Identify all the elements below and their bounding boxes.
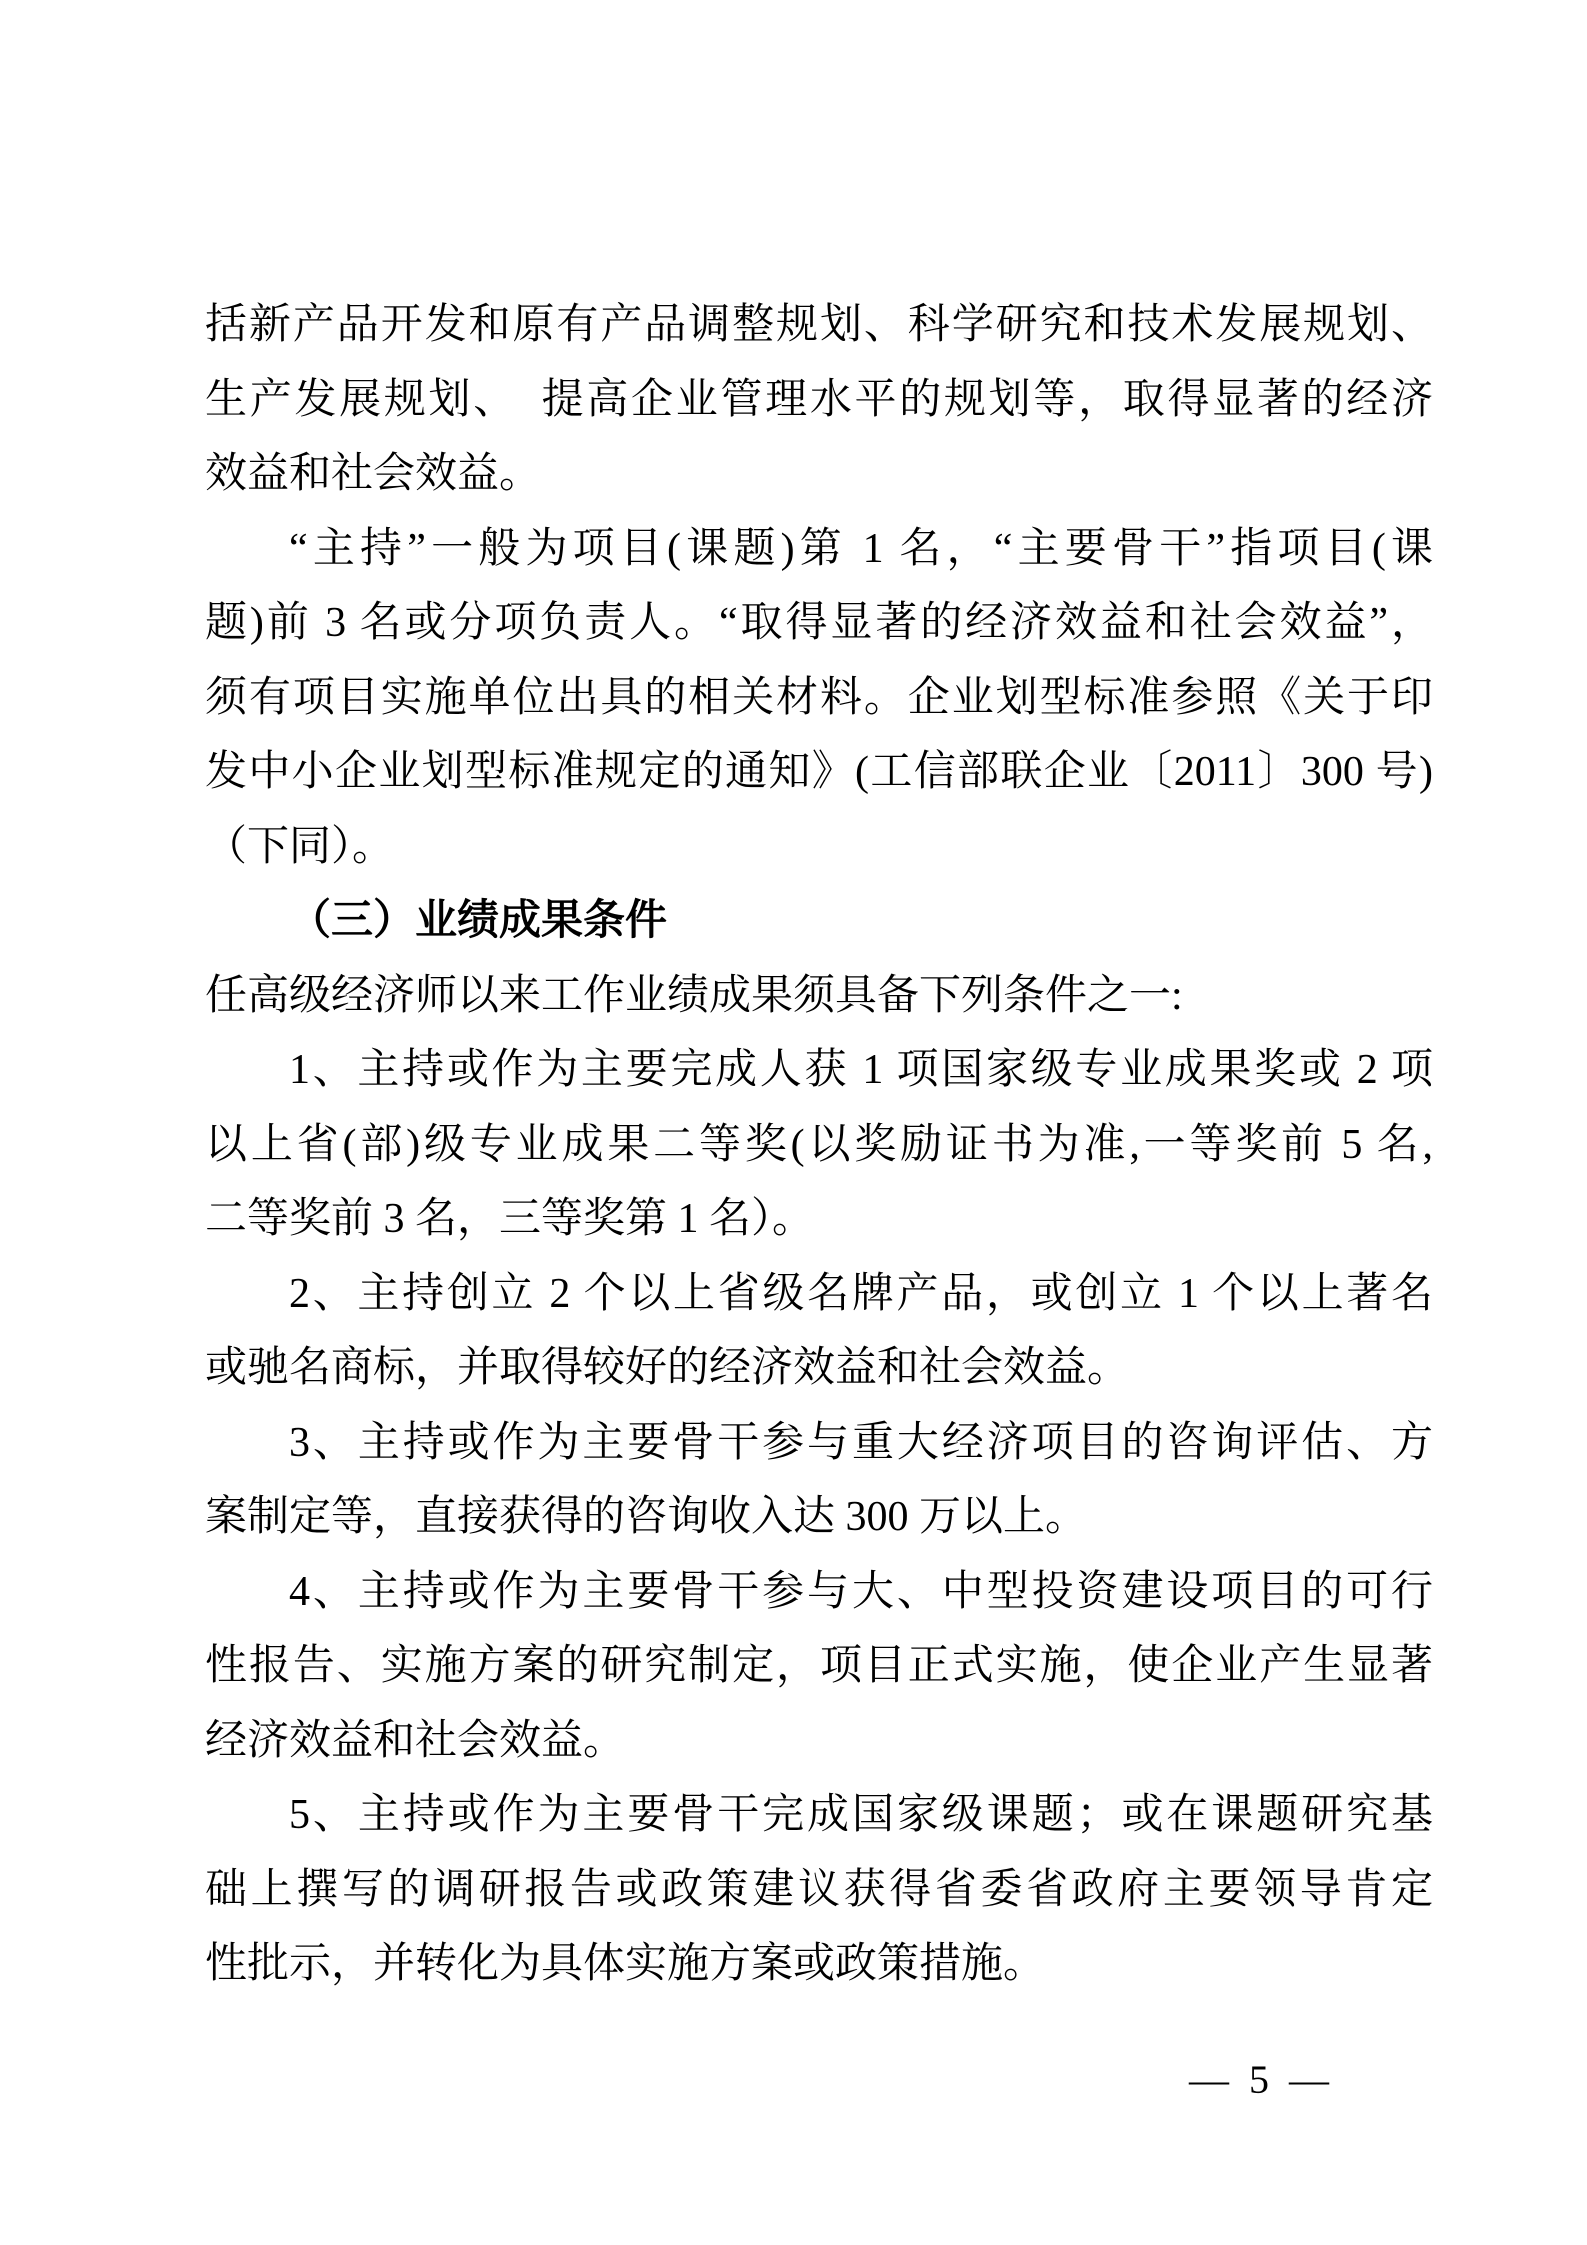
text-line: 性报告、实施方案的研究制定，项目正式实施，使企业产生显著: [205, 1629, 1433, 1704]
text-line: 案制定等，直接获得的咨询收入达 300 万以上。: [205, 1480, 1433, 1555]
list-item-2: 2、主持创立 2 个以上省级名牌产品，或创立 1 个以上著名: [205, 1257, 1433, 1332]
text-line: 效益和社会效益。: [205, 437, 1433, 512]
text-line: 生产发展规划、 提高企业管理水平的规划等，取得显著的经济: [205, 363, 1433, 438]
page-number: — 5 —: [1189, 2060, 1334, 2100]
list-item-1: 1、主持或作为主要完成人获 1 项国家级专业成果奖或 2 项: [205, 1033, 1433, 1108]
text-line: 发中小企业划型标准规定的通知》(工信部联企业〔2011〕300 号): [205, 735, 1433, 810]
text-line: 或驰名商标，并取得较好的经济效益和社会效益。: [205, 1331, 1433, 1406]
text-line: 二等奖前 3 名，三等奖第 1 名）。: [205, 1182, 1433, 1257]
text-line: 须有项目实施单位出具的相关材料。企业划型标准参照《关于印: [205, 661, 1433, 736]
list-item-4: 4、主持或作为主要骨干参与大、中型投资建设项目的可行: [205, 1555, 1433, 1630]
section-heading: （三）业绩成果条件: [205, 884, 1433, 959]
text-line: 础上撰写的调研报告或政策建议获得省委省政府主要领导肯定: [205, 1853, 1433, 1928]
text-line: 以上省(部)级专业成果二等奖(以奖励证书为准,一等奖前 5 名,: [205, 1108, 1433, 1183]
text-line: 任高级经济师以来工作业绩成果须具备下列条件之一:: [205, 959, 1433, 1034]
document-page: 括新产品开发和原有产品调整规划、科学研究和技术发展规划、 生产发展规划、 提高企…: [0, 0, 1587, 2245]
text-line: 经济效益和社会效益。: [205, 1704, 1433, 1779]
text-line: 性批示，并转化为具体实施方案或政策措施。: [205, 1927, 1433, 2002]
text-line: 括新产品开发和原有产品调整规划、科学研究和技术发展规划、: [205, 288, 1433, 363]
document-body: 括新产品开发和原有产品调整规划、科学研究和技术发展规划、 生产发展规划、 提高企…: [205, 288, 1433, 2002]
text-line: “主持”一般为项目(课题)第 1 名，“主要骨干”指项目(课: [205, 512, 1433, 587]
text-line: 题)前 3 名或分项负责人。“取得显著的经济效益和社会效益”，: [205, 586, 1433, 661]
list-item-5: 5、主持或作为主要骨干完成国家级课题；或在课题研究基: [205, 1778, 1433, 1853]
list-item-3: 3、主持或作为主要骨干参与重大经济项目的咨询评估、方: [205, 1406, 1433, 1481]
text-line: （下同）。: [205, 810, 1433, 885]
